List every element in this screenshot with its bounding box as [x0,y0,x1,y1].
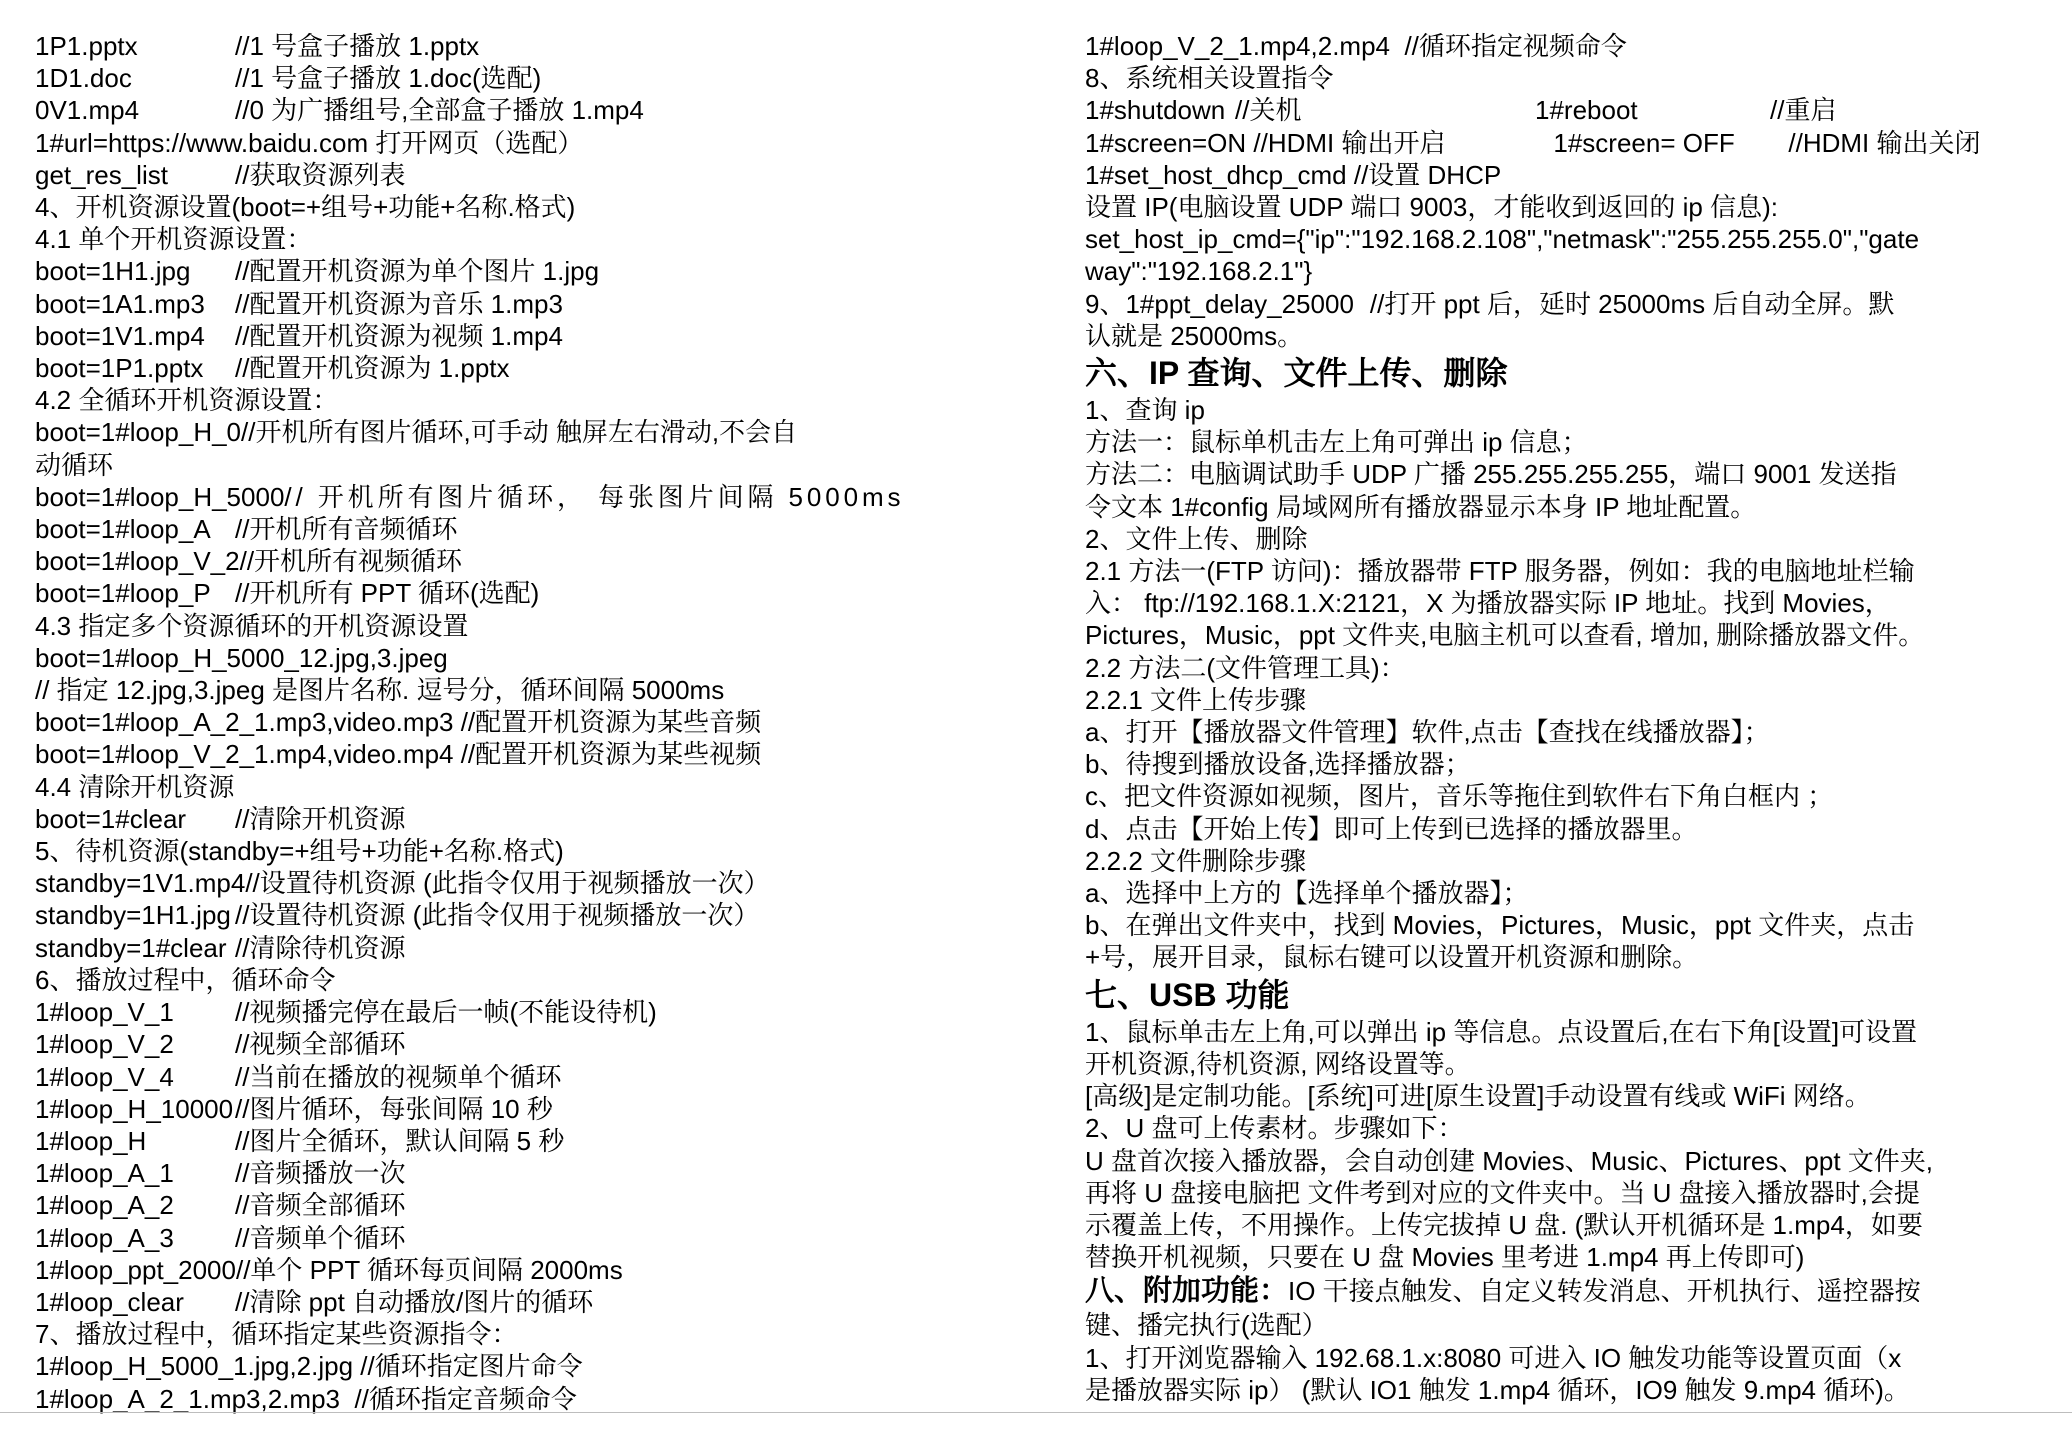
command-text: 1#loop_H [35,1125,235,1157]
doc-line: 再将 U 盘接电脑把 文件考到对应的文件夹中。当 U 盘接入播放器时,会提 [1085,1177,2051,1209]
doc-line: 方法一：鼠标单机击左上角可弹出 ip 信息； [1085,426,2051,458]
doc-line: 1#loop_A_2_1.mp3,2.mp3 //循环指定音频命令 [35,1383,1030,1415]
doc-line: 1#loop_A_1//音频播放一次 [35,1157,1030,1189]
command-text: boot=1V1.mp4 [35,320,235,352]
doc-line: standby=1H1.jpg//设置待机资源 (此指令仅用于视频播放一次） [35,899,1030,931]
doc-text: IO 干接点触发、自定义转发消息、开机执行、遥控器按 [1288,1276,1921,1306]
command-text: 1#loop_V_1 [35,996,235,1028]
comment-text: //开机所有图片循环,可手动 触屏左右滑动,不会自 [241,416,797,448]
doc-line: 2.1 方法一(FTP 访问)：播放器带 FTP 服务器，例如：我的电脑地址栏输 [1085,555,2051,587]
comment-text: //配置开机资源为音乐 1.mp3 [235,288,563,320]
command-text: boot=1#loop_H_5000 [35,481,284,513]
right-column: 1#loop_V_2_1.mp4,2.mp4 //循环指定视频命令8、系统相关设… [1085,30,2051,1406]
doc-line: 设置 IP(电脑设置 UDP 端口 9003，才能收到返回的 ip 信息): [1085,191,2051,223]
doc-line: +号，展开目录，鼠标右键可以设置开机资源和删除。 [1085,941,2051,973]
command-text: 1#screen=ON [1085,127,1253,159]
comment-text: //图片全循环，默认间隔 5 秒 [235,1125,564,1157]
comment-text: //图片循环，每张间隔 10 秒 [235,1093,553,1125]
doc-line: 1P1.pptx//1 号盒子播放 1.pptx [35,30,1030,62]
command-text: 1#loop_ppt_2000 [35,1254,236,1286]
doc-line: 1#shutdown//关机1#reboot//重启 [1085,94,2051,126]
command-text: boot=1A1.mp3 [35,288,235,320]
command-text: 1#screen= OFF [1553,127,1788,159]
command-text: 1#loop_V_4 [35,1061,235,1093]
command-text: 1#loop_H_10000 [35,1093,235,1125]
comment-text: //HDMI 输出开启 [1253,127,1553,159]
section-heading: 六、IP 查询、文件上传、删除 [1085,352,2051,394]
page-bottom-rule [0,1412,2072,1413]
comment-text: //设置待机资源 (此指令仅用于视频播放一次） [245,867,769,899]
comment-text: //音频播放一次 [235,1157,405,1189]
doc-line: c、把文件资源如视频，图片，音乐等拖住到软件右下角白框内 ； [1085,780,2051,812]
comment-text: //单个 PPT 循环每页间隔 2000ms [236,1254,623,1286]
doc-line: 8、系统相关设置指令 [1085,62,2051,94]
comment-text: //视频全部循环 [235,1028,405,1060]
doc-line: boot=1#loop_V_2//开机所有视频循环 [35,545,1030,577]
command-text: 1#shutdown [1085,94,1235,126]
doc-line: 八、附加功能：IO 干接点触发、自定义转发消息、开机执行、遥控器按 [1085,1273,2051,1309]
doc-line: 1#screen=ON //HDMI 输出开启1#screen= OFF //H… [1085,127,2051,159]
doc-line: 2、U 盘可上传素材。步骤如下： [1085,1112,2051,1144]
doc-line: 入： ftp://192.168.1.X:2121，X 为播放器实际 IP 地址… [1085,587,2051,619]
command-text: boot=1#clear [35,803,235,835]
command-text: 0V1.mp4 [35,94,235,126]
doc-line: boot=1#loop_H_5000_12.jpg,3.jpeg [35,642,1030,674]
doc-line: 4.2 全循环开机资源设置： [35,384,1030,416]
command-text: 1#reboot [1535,94,1770,126]
doc-line: 1#loop_H//图片全循环，默认间隔 5 秒 [35,1125,1030,1157]
left-column: 1P1.pptx//1 号盒子播放 1.pptx1D1.doc//1 号盒子播放… [35,30,1030,1415]
comment-text: //开机所有 PPT 循环(选配) [235,577,539,609]
doc-line: // 指定 12.jpg,3.jpeg 是图片名称. 逗号分，循环间隔 5000… [35,674,1030,706]
comment-text: //清除待机资源 [235,932,405,964]
command-text: boot=1H1.jpg [35,255,235,287]
doc-line: b、在弹出文件夹中，找到 Movies，Pictures，Music，ppt 文… [1085,909,2051,941]
doc-line: boot=1#loop_P//开机所有 PPT 循环(选配) [35,577,1030,609]
doc-line: 示覆盖上传，不用操作。上传完拔掉 U 盘. (默认开机循环是 1.mp4，如要 [1085,1209,2051,1241]
doc-line: 1#set_host_dhcp_cmd //设置 DHCP [1085,159,2051,191]
command-text: boot=1#loop_P [35,577,235,609]
doc-line: 替换开机视频，只要在 U 盘 Movies 里考进 1.mp4 再上传即可) [1085,1241,2051,1273]
doc-line: 开机资源,待机资源, 网络设置等。 [1085,1048,2051,1080]
command-text: boot=1#loop_A [35,513,235,545]
comment-text: //开机所有视频循环 [240,545,462,577]
comment-text: //配置开机资源为 1.pptx [235,352,510,384]
doc-line: 6、播放过程中，循环命令 [35,964,1030,996]
comment-text: //当前在播放的视频单个循环 [235,1061,561,1093]
doc-line: 1#loop_ppt_2000//单个 PPT 循环每页间隔 2000ms [35,1254,1030,1286]
command-text: standby=1V1.mp4 [35,867,245,899]
command-text: 1#loop_A_2 [35,1189,235,1221]
comment-text: //音频全部循环 [235,1189,405,1221]
doc-line: 1#loop_H_10000//图片循环，每张间隔 10 秒 [35,1093,1030,1125]
doc-line: 令文本 1#config 局域网所有播放器显示本身 IP 地址配置。 [1085,491,2051,523]
doc-line: a、选择中上方的【选择单个播放器】； [1085,877,2051,909]
doc-line: 1、查询 ip [1085,394,2051,426]
doc-line: boot=1#clear//清除开机资源 [35,803,1030,835]
doc-line: boot=1#loop_A_2_1.mp3,video.mp3 //配置开机资源… [35,706,1030,738]
doc-line: standby=1#clear//清除待机资源 [35,932,1030,964]
doc-line: way":"192.168.2.1"} [1085,255,2051,287]
doc-line: 1#loop_H_5000_1.jpg,2.jpg //循环指定图片命令 [35,1350,1030,1382]
command-text: 1#loop_V_2 [35,1028,235,1060]
doc-line: 0V1.mp4//0 为广播组号,全部盒子播放 1.mp4 [35,94,1030,126]
doc-line: 1#url=https://www.baidu.com 打开网页（选配） [35,127,1030,159]
doc-line: 4、开机资源设置(boot=+组号+功能+名称.格式) [35,191,1030,223]
doc-line: 是播放器实际 ip） (默认 IO1 触发 1.mp4 循环，IO9 触发 9.… [1085,1374,2051,1406]
doc-line: U 盘首次接入播放器，会自动创建 Movies、Music、Pictures、p… [1085,1145,2051,1177]
comment-text: //音频单个循环 [235,1222,405,1254]
doc-line: 1#loop_A_3//音频单个循环 [35,1222,1030,1254]
doc-line: 1D1.doc//1 号盒子播放 1.doc(选配) [35,62,1030,94]
doc-line: boot=1#loop_H_5000// 开机所有图片循环， 每张图片间隔 50… [35,481,1030,513]
comment-text: //设置待机资源 (此指令仅用于视频播放一次） [235,899,759,931]
doc-line: [高级]是定制功能。[系统]可进[原生设置]手动设置有线或 WiFi 网络。 [1085,1080,2051,1112]
doc-line: 4.3 指定多个资源循环的开机资源设置 [35,610,1030,642]
doc-line: Pictures，Music，ppt 文件夹,电脑主机可以查看, 增加, 删除播… [1085,619,2051,651]
comment-text: // 开机所有图片循环， 每张图片间隔 5000ms [284,481,904,513]
doc-line: standby=1V1.mp4//设置待机资源 (此指令仅用于视频播放一次） [35,867,1030,899]
doc-line: 键、播完执行(选配） [1085,1309,2051,1341]
doc-line: boot=1A1.mp3//配置开机资源为音乐 1.mp3 [35,288,1030,320]
doc-line: 方法二：电脑调试助手 UDP 广播 255.255.255.255，端口 900… [1085,458,2051,490]
section-heading: 七、USB 功能 [1085,974,2051,1016]
comment-text: //重启 [1770,94,1836,126]
comment-text: //配置开机资源为单个图片 1.jpg [235,255,599,287]
doc-line: 动循环 [35,449,1030,481]
section-heading-inline: 八、附加功能： [1085,1275,1288,1307]
doc-line: 1#loop_V_4//当前在播放的视频单个循环 [35,1061,1030,1093]
comment-text: //打开 ppt 后，延时 25000ms 后自动全屏。默 [1370,288,1894,320]
doc-line: 2、文件上传、删除 [1085,523,2051,555]
comment-text: //关机 [1235,94,1535,126]
doc-line: 认就是 25000ms。 [1085,320,2051,352]
comment-text: //0 为广播组号,全部盒子播放 1.mp4 [235,94,644,126]
comment-text: //清除 ppt 自动播放/图片的循环 [235,1286,593,1318]
command-text: 1#loop_clear [35,1286,235,1318]
comment-text: //获取资源列表 [235,159,405,191]
doc-line: 4.4 清除开机资源 [35,771,1030,803]
doc-line: 9、1#ppt_delay_25000//打开 ppt 后，延时 25000ms… [1085,288,2051,320]
comment-text: //1 号盒子播放 1.pptx [235,30,479,62]
doc-line: boot=1H1.jpg//配置开机资源为单个图片 1.jpg [35,255,1030,287]
doc-line: boot=1P1.pptx//配置开机资源为 1.pptx [35,352,1030,384]
doc-line: boot=1#loop_V_2_1.mp4,video.mp4 //配置开机资源… [35,738,1030,770]
command-text: 1#loop_A_1 [35,1157,235,1189]
doc-line: d、点击【开始上传】即可上传到已选择的播放器里。 [1085,813,2051,845]
doc-line: 1#loop_A_2//音频全部循环 [35,1189,1030,1221]
doc-line: a、打开【播放器文件管理】软件,点击【查找在线播放器】； [1085,716,2051,748]
doc-line: 2.2 方法二(文件管理工具)： [1085,652,2051,684]
comment-text: //视频播完停在最后一帧(不能设待机) [235,996,657,1028]
doc-line: boot=1V1.mp4//配置开机资源为视频 1.mp4 [35,320,1030,352]
doc-line: boot=1#loop_H_0//开机所有图片循环,可手动 触屏左右滑动,不会自 [35,416,1030,448]
command-text: get_res_list [35,159,235,191]
command-text: 9、1#ppt_delay_25000 [1085,288,1370,320]
comment-text: //开机所有音频循环 [235,513,457,545]
doc-line: set_host_ip_cmd={"ip":"192.168.2.108","n… [1085,223,2051,255]
comment-text: //配置开机资源为视频 1.mp4 [235,320,563,352]
doc-line: 1#loop_clear//清除 ppt 自动播放/图片的循环 [35,1286,1030,1318]
doc-line: 1#loop_V_2_1.mp4,2.mp4 //循环指定视频命令 [1085,30,2051,62]
command-text: 1P1.pptx [35,30,235,62]
doc-line: b、待搜到播放设备,选择播放器； [1085,748,2051,780]
document-page: 1P1.pptx//1 号盒子播放 1.pptx1D1.doc//1 号盒子播放… [0,0,2072,1451]
comment-text: //1 号盒子播放 1.doc(选配) [235,62,541,94]
doc-line: 5、待机资源(standby=+组号+功能+名称.格式) [35,835,1030,867]
doc-line: boot=1#loop_A//开机所有音频循环 [35,513,1030,545]
comment-text: //清除开机资源 [235,803,405,835]
doc-line: 1#loop_V_2//视频全部循环 [35,1028,1030,1060]
command-text: 1#loop_A_3 [35,1222,235,1254]
doc-line: 4.1 单个开机资源设置： [35,223,1030,255]
command-text: standby=1#clear [35,932,235,964]
doc-line: 7、播放过程中，循环指定某些资源指令： [35,1318,1030,1350]
doc-line: 1、鼠标单击左上角,可以弹出 ip 等信息。点设置后,在右下角[设置]可设置 [1085,1016,2051,1048]
command-text: boot=1P1.pptx [35,352,235,384]
command-text: boot=1#loop_V_2 [35,545,240,577]
doc-line: 1、打开浏览器输入 192.68.1.x:8080 可进入 IO 触发功能等设置… [1085,1342,2051,1374]
command-text: standby=1H1.jpg [35,899,235,931]
command-text: boot=1#loop_H_0 [35,416,241,448]
command-text: 1D1.doc [35,62,235,94]
doc-line: 2.2.1 文件上传步骤 [1085,684,2051,716]
comment-text: //HDMI 输出关闭 [1788,127,1980,159]
doc-line: 1#loop_V_1//视频播完停在最后一帧(不能设待机) [35,996,1030,1028]
doc-line: 2.2.2 文件删除步骤 [1085,845,2051,877]
doc-line: get_res_list//获取资源列表 [35,159,1030,191]
